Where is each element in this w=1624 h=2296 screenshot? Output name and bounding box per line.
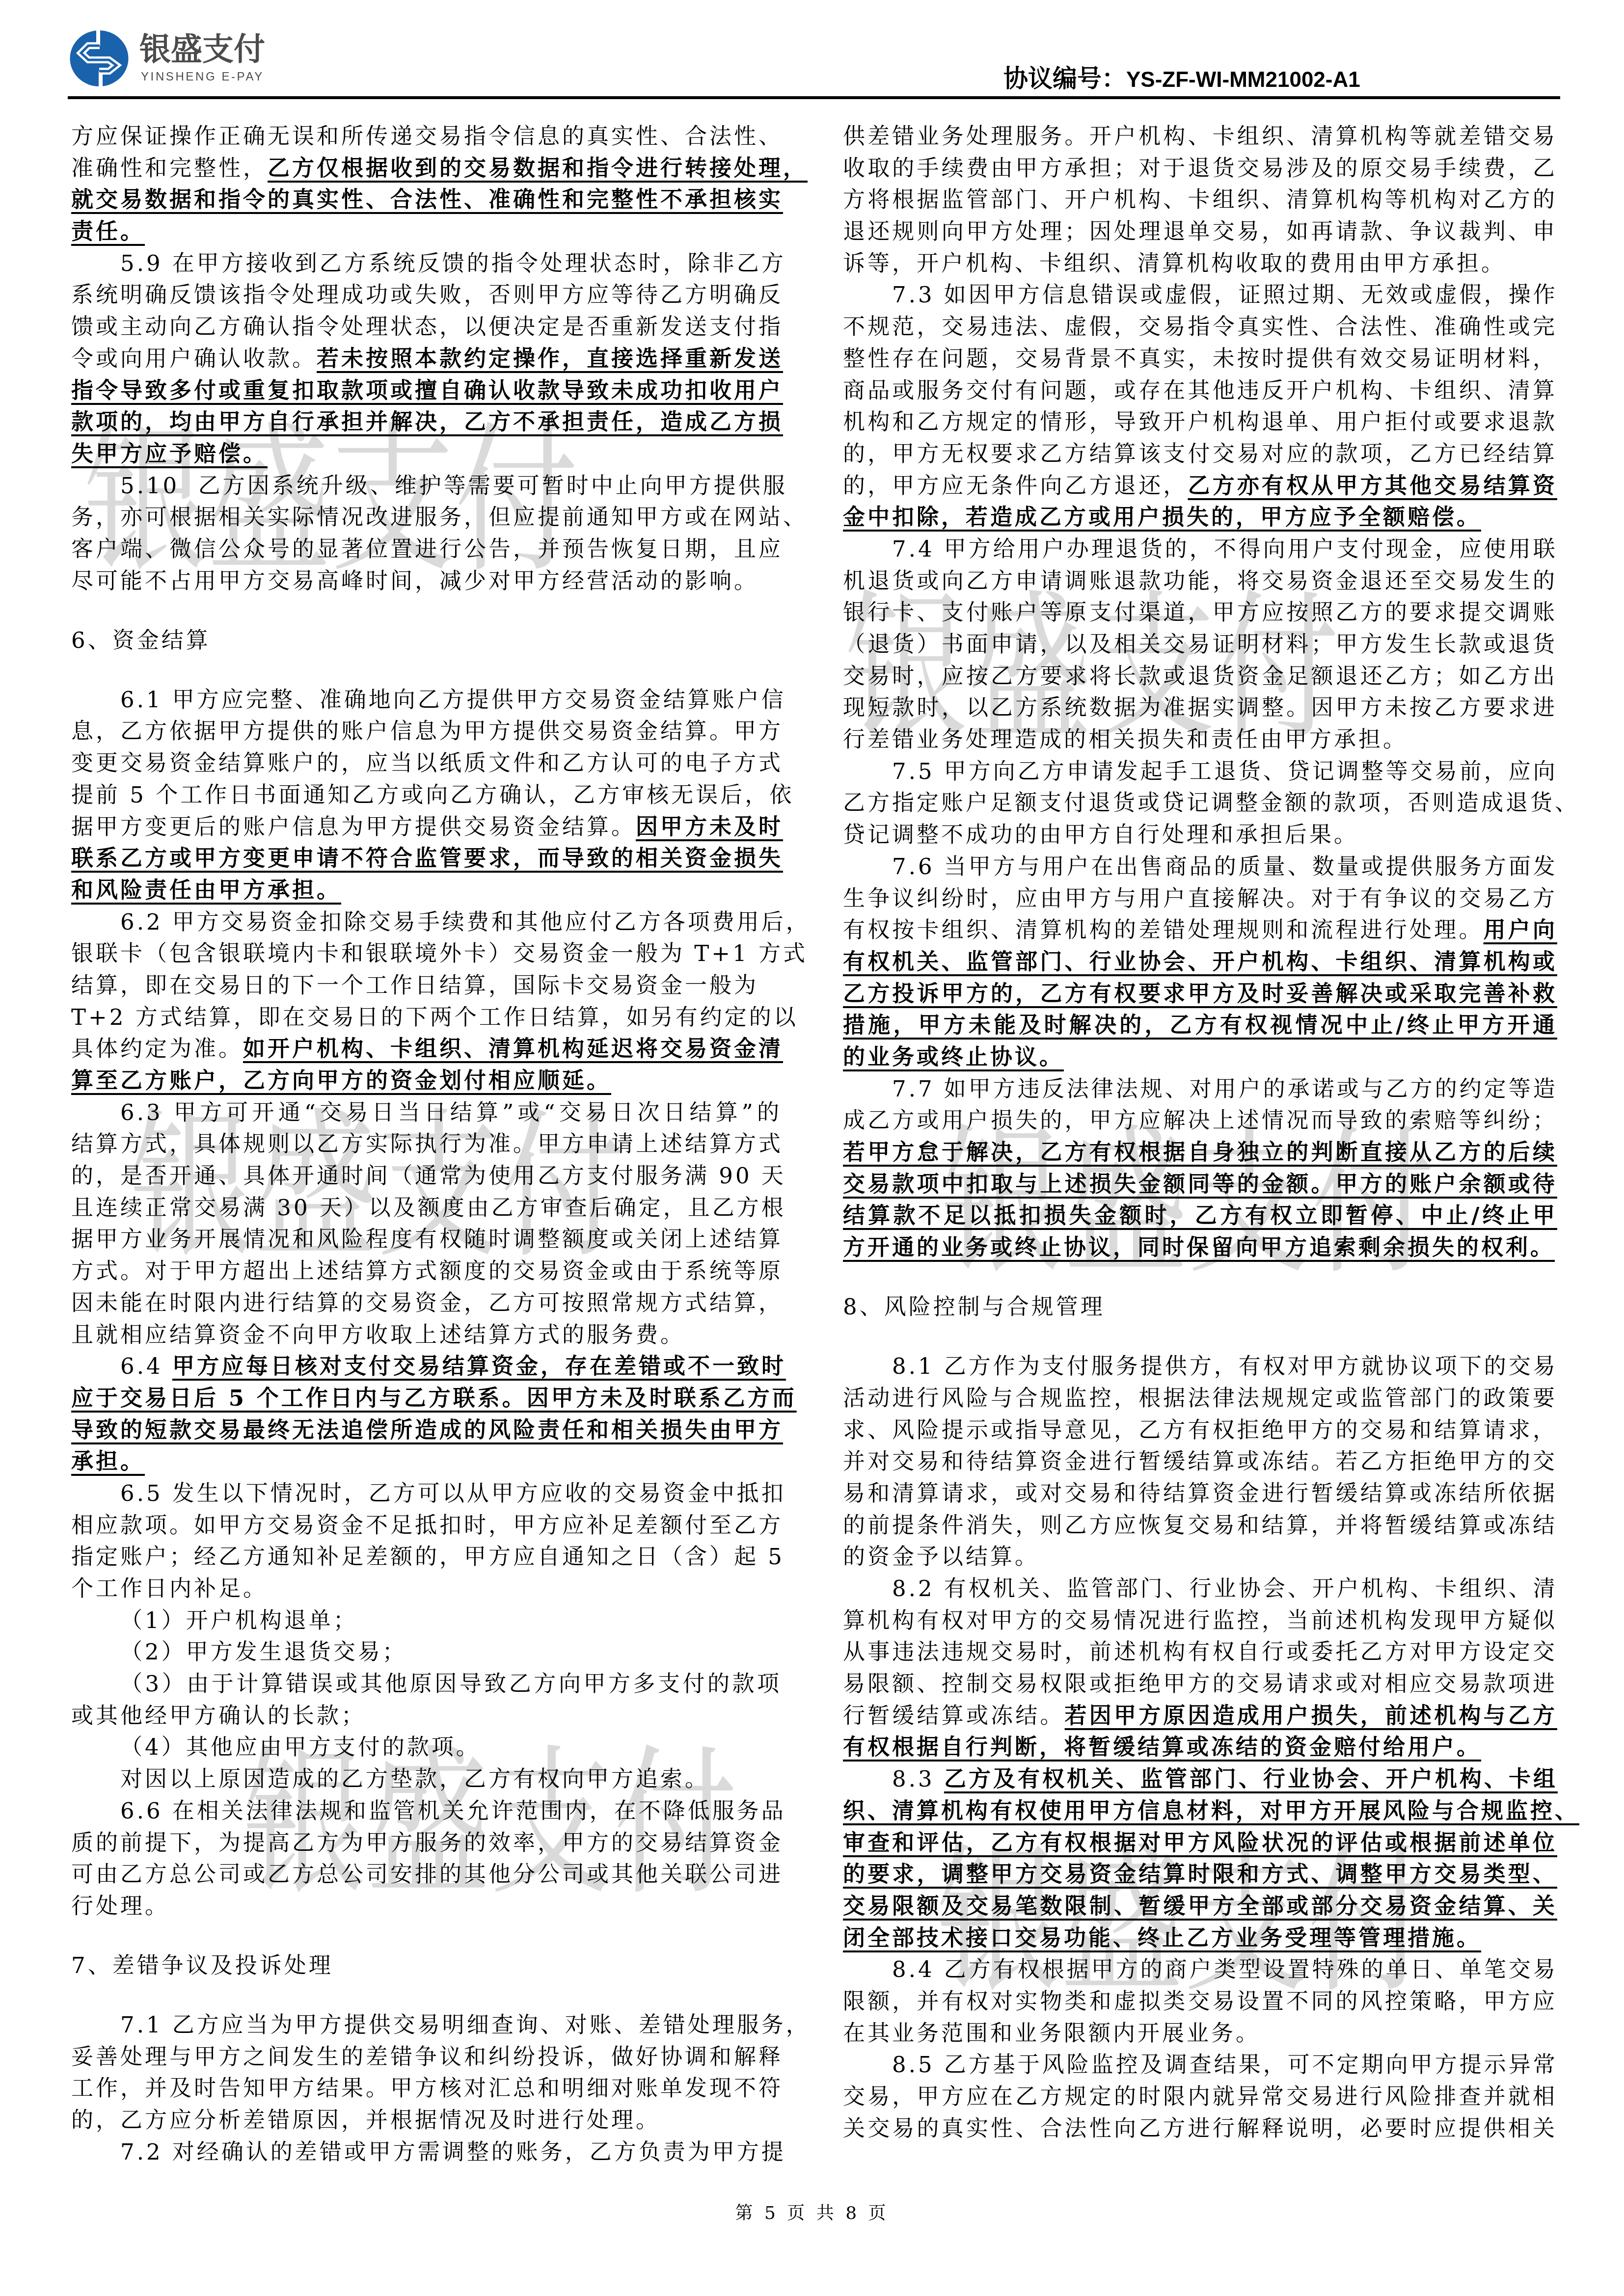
text-line: 责任。 [71,216,782,248]
text-line: 据甲方业务开展情况和风险程度有权随时调整额度或关闭上述结算 [71,1224,782,1255]
text-line: 交易款项中扣取与上述损失金额同等的金额。甲方的账户余额或待 [843,1169,1557,1201]
text-line: 承担。 [71,1446,782,1478]
text-line: 尽可能不占用甲方交易高峰时间，减少对甲方经营活动的影响。 [71,565,782,597]
continued-paragraph: 供差错业务处理服务。开户机构、卡组织、清算机构等就差错交易收取的手续费由甲方承担… [843,121,1557,279]
text-line: （退货）书面申请，以及相关交易证明材料；甲方发生长款或退货 [843,629,1557,661]
text-line: 乙方指定账户足额支付退货或贷记调整金额的款项，否则造成退货、 [843,787,1557,819]
body-text: 且就相应结算资金不向甲方收取上述结算方式的服务费。 [71,1322,685,1348]
emphasized-text: 联系乙方或甲方变更申请不符合监管要求，而导致的相关资金损失 [71,845,783,871]
clause-5-10: 5.10 乙方因系统升级、维护等需要可暂时中止向甲方提供服务，亦可根据相关实际情… [71,470,782,597]
text-line: 7.6 当甲方与用户在出售商品的质量、数量或提供服务方面发 [843,851,1557,883]
text-line: 5.9 在甲方接收到乙方系统反馈的指令处理状态时，除非乙方 [71,248,782,280]
body-text: 8.4 乙方有权根据甲方的商户类型设置特殊的单日、单笔交易 [892,1956,1558,1982]
clause-6-5-recourse: 对因以上原因造成的乙方垫款，乙方有权向甲方追索。 [71,1763,782,1795]
body-text: 整性存在问题，交易背景不真实，未按时提供有效交易证明材料， [843,346,1557,372]
body-text: 7.4 甲方给用户办理退货的，不得向用户支付现金，应使用联 [892,536,1558,562]
body-text: 据甲方变更后的账户信息为甲方提供交易资金结算。 [71,814,636,840]
text-line: 有权按卡组织、清算机构的差错处理规则和流程进行处理。用户向 [843,914,1557,946]
text-line: （2）甲方发生退货交易； [71,1636,782,1668]
clause-6-6: 6.6 在相关法律法规和监管机关允许范围内，在不降低服务品质的前提下，为提高乙方… [71,1795,782,1922]
text-line: 整性存在问题，交易背景不真实，未按时提供有效交易证明材料， [843,343,1557,375]
text-line: 金中扣除，若造成乙方或用户损失的，甲方应予全额赔偿。 [843,502,1557,534]
text-line: 5.10 乙方因系统升级、维护等需要可暂时中止向甲方提供服 [71,470,782,502]
clause-7-3: 7.3 如因甲方信息错误或虚假，证照过期、无效或虚假，操作不规范，交易违法、虚假… [843,279,1557,534]
body-text: 7.7 如甲方违反法律法规、对用户的承诺或与乙方的约定等造 [892,1076,1558,1102]
header-divider [68,96,1560,99]
clause-6-2: 6.2 甲方交易资金扣除交易手续费和其他应付乙方各项费用后，银联卡（包含银联境内… [71,907,782,1097]
body-text: 的，甲方应无条件向乙方退还， [843,473,1188,499]
emphasized-text: 和风险责任由甲方承担。 [71,877,341,903]
clause-6-5: 6.5 发生以下情况时，乙方可以从甲方应收的交易资金中抵扣相应款项。如甲方交易资… [71,1478,782,1605]
text-line: 在其业务范围和业务限额内开展业务。 [843,2018,1557,2050]
text-line: 对因以上原因造成的乙方垫款，乙方有权向甲方追索。 [71,1763,782,1795]
body-text: 工作，并及时告知甲方结果。甲方核对汇总和明细对账单发现不符 [71,2075,783,2101]
body-text: （退货）书面申请，以及相关交易证明材料；甲方发生长款或退货 [843,631,1557,657]
body-text: 不规范，交易违法、虚假，交易指令真实性、合法性、准确性或完 [843,314,1557,340]
body-text: 收取的手续费由甲方承担；对于退货交易涉及的原交易手续费，乙 [843,155,1557,181]
text-line: 6.4 甲方应每日核对支付交易结算资金，存在差错或不一致时 [71,1351,782,1383]
text-line: 因未能在时限内进行结算的交易资金，乙方可按照常规方式结算， [71,1287,782,1319]
emphasized-text: 应于交易日后 5 个工作日内与乙方联系。因甲方未及时联系乙方而 [71,1385,797,1411]
emphasized-text: 织、清算机构有权使用甲方信息材料，对甲方开展风险与合规监控、 [843,1798,1579,1824]
brand-name-en: YINSHENG E-PAY [141,71,264,83]
text-line: 和风险责任由甲方承担。 [71,875,782,907]
text-line: 6.5 发生以下情况时，乙方可以从甲方应收的交易资金中抵扣 [71,1478,782,1510]
emphasized-text: 如开户机构、卡组织、清算机构延迟将交易资金清 [243,1036,783,1062]
body-text: 7.5 甲方向乙方申请发起手工退货、贷记调整等交易前，应向 [892,758,1558,784]
emphasized-text: 审查和评估，乙方有权根据对甲方风险状况的评估或根据前述单位 [843,1830,1557,1856]
text-line: 方式。对于甲方超出上述结算方式额度的交易资金或由于系统等原 [71,1255,782,1287]
clause-6-5-1: （1）开户机构退单； [71,1605,782,1637]
body-text: 活动进行风险与合规监控，根据法律法规规定或监管部门的政策要 [843,1385,1557,1411]
emphasized-text: 交易款项中扣取与上述损失金额同等的金额。甲方的账户余额或待 [843,1171,1557,1197]
body-text: 6.1 甲方应完整、准确地向乙方提供甲方交易资金结算账户信 [120,687,786,713]
emphasized-text: 有权机关、监管部门、行业协会、开户机构、卡组织、清算机构或 [843,949,1557,975]
body-text: 准确性和完整性， [71,155,268,181]
body-text: 退还规则向甲方处理；因处理退单交易，如再请款、争议裁判、申 [843,218,1557,244]
text-line: 银联卡（包含银联境内卡和银联境外卡）交易资金一般为 T+1 方式 [71,938,782,970]
body-text: 8.5 乙方基于风险监控及调查结果，可不定期向甲方提示异常 [892,2052,1558,2078]
body-text: 6.2 甲方交易资金扣除交易手续费和其他应付乙方各项费用后， [120,909,811,935]
text-line: 且就相应结算资金不向甲方收取上述结算方式的服务费。 [71,1319,782,1351]
body-text: 银行卡、支付账户等原支付渠道，甲方应按照乙方的要求提交调账 [843,599,1557,625]
emphasized-text: 指令导致多付或重复扣取款项或擅自确认收款导致未成功扣收用户 [71,377,783,403]
text-line: 易限额、控制交易权限或拒绝甲方的交易请求或对相应交易款项进 [843,1668,1557,1700]
body-text: 易限额、控制交易权限或拒绝甲方的交易请求或对相应交易款项进 [843,1671,1557,1697]
emphasized-text: 方开通的业务或终止协议，同时保留向甲方追索剩余损失的权利。 [843,1234,1555,1260]
agreement-number-value: YS-ZF-WI-MM21002-A1 [1126,68,1360,92]
text-line: 有权机关、监管部门、行业协会、开户机构、卡组织、清算机构或 [843,946,1557,978]
clause-6-5-2: （2）甲方发生退货交易； [71,1636,782,1668]
body-text: 的，甲方无权要求乙方结算该支付交易对应的款项，乙方已经结算 [843,441,1557,467]
body-text: 6.3 甲方可开通“交易日当日结算”或“交易日次日结算”的 [120,1099,782,1125]
body-text: 7.1 乙方应当为甲方提供交易明细查询、对账、差错处理服务， [120,2012,811,2038]
text-line: 并对交易和待结算资金进行暂缓结算或冻结。若乙方拒绝甲方的交 [843,1446,1557,1478]
text-line: 6.2 甲方交易资金扣除交易手续费和其他应付乙方各项费用后， [71,907,782,938]
text-line: 6.3 甲方可开通“交易日当日结算”或“交易日次日结算”的 [71,1097,782,1129]
text-line: 行差错业务处理造成的相关损失和责任由甲方承担。 [843,724,1557,756]
body-text: 息，乙方依据甲方提供的账户信息为甲方提供交易资金结算。甲方 [71,718,783,744]
body-text: 求、风险提示或指导意见，乙方有权拒绝甲方的交易和结算请求， [843,1417,1557,1443]
body-text: 因未能在时限内进行结算的交易资金，乙方可按照常规方式结算， [71,1290,783,1316]
body-text: 限额，并有权对实物类和虚拟类交易设置不同的风控策略，甲方应 [843,1988,1557,2014]
emphasized-text: 用户向 [1484,917,1557,943]
body-text: 供差错业务处理服务。开户机构、卡组织、清算机构等就差错交易 [843,123,1557,149]
text-line: 质的前提下，为提高乙方为甲方服务的效率，甲方的交易结算资金 [71,1827,782,1859]
text-line: 闭全部技术接口交易功能、终止乙方业务受理等管理措施。 [843,1922,1557,1954]
body-text: 银联卡（包含银联境内卡和银联境外卡）交易资金一般为 T+1 方式 [71,940,808,966]
body-text: 关交易的真实性、合法性向乙方进行解释说明，必要时应提供相关 [843,2115,1557,2141]
emphasized-text: 算至乙方账户，乙方向甲方的资金划付相应顺延。 [71,1068,611,1094]
text-line: 算至乙方账户，乙方向甲方的资金划付相应顺延。 [71,1065,782,1097]
text-line: 7.4 甲方给用户办理退货的，不得向用户支付现金，应使用联 [843,534,1557,565]
text-line: 贷记调整不成功的由甲方自行处理和承担后果。 [843,819,1557,851]
text-line: 变更交易资金结算账户的，应当以纸质文件和乙方认可的电子方式 [71,748,782,779]
section-heading: 7、差错争议及投诉处理 [71,1950,782,1982]
text-line: 措施，甲方未能及时解决的，乙方有权视情况中止/终止甲方开通 [843,1010,1557,1041]
clause-7-7: 7.7 如甲方违反法律法规、对用户的承诺或与乙方的约定等造成乙方或用户损失的，甲… [843,1073,1557,1264]
text-line: 令或向用户确认收款。若未按照本款约定操作，直接选择重新发送 [71,343,782,375]
text-line: T+2 方式结算，即在交易日的下两个工作日结算，如另有约定的以 [71,1002,782,1034]
text-line: 馈或主动向乙方确认指令处理状态，以便决定是否重新发送支付指 [71,311,782,343]
clause-8-1: 8.1 乙方作为支付服务提供方，有权对甲方就协议项下的交易活动进行风险与合规监控… [843,1351,1557,1573]
body-text: （3）由于计算错误或其他原因导致乙方向甲方多支付的款项 [120,1671,782,1697]
text-line: （1）开户机构退单； [71,1605,782,1637]
clause-6-5-4: （4）其他应由甲方支付的款项。 [71,1732,782,1763]
body-text: 尽可能不占用甲方交易高峰时间，减少对甲方经营活动的影响。 [71,568,758,594]
text-line: 收取的手续费由甲方承担；对于退货交易涉及的原交易手续费，乙 [843,153,1557,185]
body-text: 有权按卡组织、清算机构的差错处理规则和流程进行处理。 [843,917,1484,943]
emphasized-text: 乙方亦有权从甲方其他交易结算资 [1188,473,1558,499]
body-text: 行处理。 [71,1893,169,1919]
text-line: 6.6 在相关法律法规和监管机关允许范围内，在不降低服务品 [71,1795,782,1827]
body-text: 交易，甲方应在乙方规定的时限内就异常交易进行风险排查并就相 [843,2083,1557,2109]
document-page: 银盛支付 YINSHENG E-PAY 协议编号：YS-ZF-WI-MM2100… [0,0,1624,2296]
body-text: 在其业务范围和业务限额内开展业务。 [843,2020,1260,2046]
emphasized-text: 闭全部技术接口交易功能、终止乙方业务受理等管理措施。 [843,1925,1481,1951]
emphasized-text: 若未按照本款约定操作，直接选择重新发送 [317,346,783,372]
body-text: 现短款时，以乙方系统数据为准据实调整。因甲方未按乙方要求进 [843,694,1557,721]
text-line: 供差错业务处理服务。开户机构、卡组织、清算机构等就差错交易 [843,121,1557,153]
body-text: 系统明确反馈该指令处理成功或失败，否则甲方应等待乙方明确反 [71,282,783,308]
body-text: 5.9 在甲方接收到乙方系统反馈的指令处理状态时，除非乙方 [120,250,786,276]
body-text: 方式。对于甲方超出上述结算方式额度的交易资金或由于系统等原 [71,1258,783,1284]
text-line: 的，甲方无权要求乙方结算该支付交易对应的款项，乙方已经结算 [843,438,1557,470]
text-line: 行暂缓结算或冻结。若因甲方原因造成用户损失，前述机构与乙方 [843,1700,1557,1732]
clause-8-5: 8.5 乙方基于风险监控及调查结果，可不定期向甲方提示异常交易，甲方应在乙方规定… [843,2049,1557,2144]
body-text: 生争议纠纷时，应由甲方与用户直接解决。对于有争议的交易乙方 [843,885,1557,911]
body-text: 提前 5 个工作日书面通知乙方或向乙方确认，乙方审核无误后，依 [71,782,794,808]
text-line: 的要求，调整甲方交易资金结算时限和方式、调整甲方交易类型、 [843,1859,1557,1891]
body-text: 结算，即在交易日的下一个工作日结算，国际卡交易资金一般为 [71,972,758,998]
body-text: 8.3 [892,1766,944,1792]
body-text: 务，亦可根据相关实际情况改进服务，但应提前通知甲方或在网站、 [71,504,808,530]
text-line: 失甲方应予赔偿。 [71,438,782,470]
text-line: 关交易的真实性、合法性向乙方进行解释说明，必要时应提供相关 [843,2113,1557,2145]
body-text: 客户端、微信公众号的显著位置进行公告，并预告恢复日期，且应 [71,536,783,562]
emphasized-text: 交易限额及交易笔数限制、暂缓甲方全部或部分交易资金结算、关 [843,1893,1557,1919]
text-line: 生争议纠纷时，应由甲方与用户直接解决。对于有争议的交易乙方 [843,883,1557,915]
text-line: 8.5 乙方基于风险监控及调查结果，可不定期向甲方提示异常 [843,2049,1557,2081]
text-line: 6.1 甲方应完整、准确地向乙方提供甲方交易资金结算账户信 [71,684,782,716]
text-line: 方开通的业务或终止协议，同时保留向甲方追索剩余损失的权利。 [843,1232,1557,1264]
emphasized-text: 的业务或终止协议。 [843,1044,1064,1070]
emphasized-text: 金中扣除，若造成乙方或用户损失的，甲方应予全额赔偿。 [843,504,1481,530]
agreement-number: 协议编号：YS-ZF-WI-MM21002-A1 [1003,63,1360,94]
text-line: 个工作日内补足。 [71,1573,782,1605]
text-line: 7.1 乙方应当为甲方提供交易明细查询、对账、差错处理服务， [71,2009,782,2041]
clause-7-5: 7.5 甲方向乙方申请发起手工退货、贷记调整等交易前，应向乙方指定账户足额支付退… [843,756,1557,851]
emphasized-text: 就交易数据和指令的真实性、合法性、准确性和完整性不承担核实 [71,187,783,213]
emphasized-text: 结算款不足以抵扣损失金额时，乙方有权立即暂停、中止/终止甲 [843,1202,1557,1228]
text-line: 提前 5 个工作日书面通知乙方或向乙方确认，乙方审核无误后，依 [71,779,782,811]
text-line: 8.2 有权机关、监管部门、行业协会、开户机构、卡组织、清 [843,1573,1557,1605]
text-line: 求、风险提示或指导意见，乙方有权拒绝甲方的交易和结算请求， [843,1415,1557,1446]
emphasized-text: 甲方应每日核对支付交易结算资金，存在差错或不一致时 [172,1353,786,1379]
right-column: 供差错业务处理服务。开户机构、卡组织、清算机构等就差错交易收取的手续费由甲方承担… [843,121,1557,2144]
text-line: 的业务或终止协议。 [843,1041,1557,1073]
continued-paragraph: 方应保证操作正确无误和所传递交易指令信息的真实性、合法性、准确性和完整性，乙方仅… [71,121,782,248]
body-text: 的资金予以结算。 [843,1544,1039,1570]
body-text: 令或向用户确认收款。 [71,346,317,372]
text-line: 准确性和完整性，乙方仅根据收到的交易数据和指令进行转接处理， [71,153,782,185]
body-text: 8.1 乙方作为支付服务提供方，有权对甲方就协议项下的交易 [892,1353,1558,1379]
text-line: （4）其他应由甲方支付的款项。 [71,1732,782,1763]
text-line: 若甲方怠于解决，乙方有权根据自身独立的判断直接从乙方的后续 [843,1137,1557,1169]
clause-7-1: 7.1 乙方应当为甲方提供交易明细查询、对账、差错处理服务，妥善处理与甲方之间发… [71,2009,782,2136]
text-line: 活动进行风险与合规监控，根据法律法规规定或监管部门的政策要 [843,1383,1557,1415]
text-line: 织、清算机构有权使用甲方信息材料，对甲方开展风险与合规监控、 [843,1795,1557,1827]
page-number: 第 5 页 共 8 页 [0,2203,1624,2224]
clause-6-3: 6.3 甲方可开通“交易日当日结算”或“交易日次日结算”的结算方式，具体规则以乙… [71,1097,782,1351]
emphasized-text: 因甲方未及时 [636,814,783,840]
body-text: T+2 方式结算，即在交易日的下两个工作日结算，如另有约定的以 [71,1004,798,1030]
text-line: 方应保证操作正确无误和所传递交易指令信息的真实性、合法性、 [71,121,782,153]
body-text: 成乙方或用户损失的，甲方应解决上述情况而导致的索赔等纠纷； [843,1107,1557,1133]
text-line: 交易，甲方应在乙方规定的时限内就异常交易进行风险排查并就相 [843,2081,1557,2113]
body-text: 结算方式，具体规则以乙方实际执行为准。甲方申请上述结算方式 [71,1131,783,1157]
section-heading: 8、风险控制与合规管理 [843,1291,1557,1323]
text-line: 就交易数据和指令的真实性、合法性、准确性和完整性不承担核实 [71,184,782,216]
body-text: 算机构有权对甲方的交易情况进行监控，当前述机构发现甲方疑似 [843,1607,1557,1633]
text-line: 指令导致多付或重复扣取款项或擅自确认收款导致未成功扣收用户 [71,375,782,407]
text-line: 结算，即在交易日的下一个工作日结算，国际卡交易资金一般为 [71,970,782,1002]
text-line: 结算方式，具体规则以乙方实际执行为准。甲方申请上述结算方式 [71,1128,782,1160]
body-text: 具体约定为准。 [71,1036,243,1062]
text-line: 诉等，开户机构、卡组织、清算机构收取的费用由甲方承担。 [843,248,1557,280]
body-text: 机退货或向乙方申请调账退款功能，将交易资金退还至交易发生的 [843,568,1557,594]
body-text: 交易时，应按乙方要求将长款或退货资金足额退还乙方；如乙方出 [843,663,1557,689]
body-text: （1）开户机构退单； [120,1607,358,1633]
text-line: 具体约定为准。如开户机构、卡组织、清算机构延迟将交易资金清 [71,1033,782,1065]
text-line: 的，乙方应分析差错原因，并根据情况及时进行处理。 [71,2105,782,2136]
body-text: 相应款项。如甲方交易资金不足抵扣时，甲方应补足差额付至乙方 [71,1512,783,1538]
body-text: （4）其他应由甲方支付的款项。 [120,1734,481,1760]
text-line: 务，亦可根据相关实际情况改进服务，但应提前通知甲方或在网站、 [71,502,782,534]
text-line: 算机构有权对甲方的交易情况进行监控，当前述机构发现甲方疑似 [843,1605,1557,1637]
text-line: 的，甲方应无条件向乙方退还，乙方亦有权从甲方其他交易结算资 [843,470,1557,502]
body-text: （2）甲方发生退货交易； [120,1639,407,1665]
body-text: 并对交易和待结算资金进行暂缓结算或冻结。若乙方拒绝甲方的交 [843,1448,1557,1474]
emphasized-text: 导致的短款交易最终无法追偿所造成的风险责任和相关损失由甲方 [71,1417,783,1443]
text-line: 工作，并及时告知甲方结果。甲方核对汇总和明细对账单发现不符 [71,2073,782,2105]
body-text: 商品或服务交付有问题，或存在其他违反开户机构、卡组织、清算 [843,377,1557,403]
emphasized-text: 款项的，均由甲方自行承担并解决，乙方不承担责任，造成乙方损 [71,409,783,435]
text-line: 7.2 对经确认的差错或甲方需调整的账务，乙方负责为甲方提 [71,2136,782,2168]
text-line: 7.7 如甲方违反法律法规、对用户的承诺或与乙方的约定等造 [843,1073,1557,1105]
emphasized-text: 有权根据自行判断，将暂缓结算或冻结的资金赔付给用户。 [843,1734,1481,1760]
text-line: 结算款不足以抵扣损失金额时，乙方有权立即暂停、中止/终止甲 [843,1200,1557,1232]
text-line: 有权根据自行判断，将暂缓结算或冻结的资金赔付给用户。 [843,1732,1557,1763]
body-text: 的，乙方应分析差错原因，并根据情况及时进行处理。 [71,2107,660,2133]
clause-6-4: 6.4 甲方应每日核对支付交易结算资金，存在差错或不一致时应于交易日后 5 个工… [71,1351,782,1478]
body-text: 7.3 如因甲方信息错误或虚假，证照过期、无效或虚假，操作 [892,282,1558,308]
clause-7-4: 7.4 甲方给用户办理退货的，不得向用户支付现金，应使用联机退货或向乙方申请调账… [843,534,1557,756]
body-text: 的前提条件消失，则乙方应恢复交易和结算，并将暂缓结算或冻结 [843,1512,1557,1538]
text-line: 方将根据监管部门、开户机构、卡组织、清算机构等机构对乙方的 [843,184,1557,216]
emphasized-text: 乙方投诉甲方的，乙方有权要求甲方及时妥善解决或采取完善补救 [843,981,1557,1007]
emphasized-text: 若甲方怠于解决，乙方有权根据自身独立的判断直接从乙方的后续 [843,1139,1557,1165]
text-line: 款项的，均由甲方自行承担并解决，乙方不承担责任，造成乙方损 [71,406,782,438]
body-text: 且连续正常交易满 30 天）以及额度由乙方审查后确定，且乙方根 [71,1195,786,1221]
body-text: 6.4 [120,1353,172,1379]
text-line: 8.4 乙方有权根据甲方的商户类型设置特殊的单日、单笔交易 [843,1954,1557,1986]
clause-8-3: 8.3 乙方及有权机关、监管部门、行业协会、开户机构、卡组织、清算机构有权使用甲… [843,1763,1557,1954]
text-line: 8.3 乙方及有权机关、监管部门、行业协会、开户机构、卡组 [843,1763,1557,1795]
body-text: 个工作日内补足。 [71,1575,268,1602]
clause-5-9: 5.9 在甲方接收到乙方系统反馈的指令处理状态时，除非乙方系统明确反馈该指令处理… [71,248,782,470]
text-line: 息，乙方依据甲方提供的账户信息为甲方提供交易资金结算。甲方 [71,716,782,748]
text-line: 应于交易日后 5 个工作日内与乙方联系。因甲方未及时联系乙方而 [71,1383,782,1415]
yinsheng-logo-icon [69,28,130,89]
clause-6-5-3: （3）由于计算错误或其他原因导致乙方向甲方多支付的款项或其他经甲方确认的长款； [71,1668,782,1732]
text-line: （3）由于计算错误或其他原因导致乙方向甲方多支付的款项 [71,1668,782,1700]
clause-7-2: 7.2 对经确认的差错或甲方需调整的账务，乙方负责为甲方提 [71,2136,782,2168]
text-line: 从事违法违规交易时，前述机构有权自行或委托乙方对甲方设定交 [843,1636,1557,1668]
text-line: 的前提条件消失，则乙方应恢复交易和结算，并将暂缓结算或冻结 [843,1510,1557,1542]
body-text: 乙方指定账户足额支付退货或贷记调整金额的款项，否则造成退货、 [843,790,1579,816]
body-text: 妥善处理与甲方之间发生的差错争议和纠纷投诉，做好协调和解释 [71,2044,783,2070]
emphasized-text: 责任。 [71,218,145,244]
body-text: 易和清算请求，或对交易和待结算资金进行暂缓结算或冻结所依据 [843,1480,1557,1506]
body-text: 7.6 当甲方与用户在出售商品的质量、数量或提供服务方面发 [892,854,1558,880]
agreement-number-label: 协议编号： [1003,64,1126,93]
text-line: 限额，并有权对实物类和虚拟类交易设置不同的风控策略，甲方应 [843,1986,1557,2018]
body-text: 方应保证操作正确无误和所传递交易指令信息的真实性、合法性、 [71,123,783,149]
text-line: 成乙方或用户损失的，甲方应解决上述情况而导致的索赔等纠纷； [843,1105,1557,1137]
text-line: 7.3 如因甲方信息错误或虚假，证照过期、无效或虚假，操作 [843,279,1557,311]
brand-name-cn: 银盛支付 [139,31,265,68]
body-text: 5.10 乙方因系统升级、维护等需要可暂时中止向甲方提供服 [120,473,787,499]
text-line: 交易时，应按乙方要求将长款或退货资金足额退还乙方；如乙方出 [843,661,1557,693]
text-line: 8.1 乙方作为支付服务提供方，有权对甲方就协议项下的交易 [843,1351,1557,1383]
clause-6-1: 6.1 甲方应完整、准确地向乙方提供甲方交易资金结算账户信息，乙方依据甲方提供的… [71,684,782,907]
text-line: 且连续正常交易满 30 天）以及额度由乙方审查后确定，且乙方根 [71,1192,782,1224]
body-text: 行差错业务处理造成的相关损失和责任由甲方承担。 [843,726,1407,752]
body-text: 的，是否开通、具体开通时间（通常为使用乙方支付服务满 90 天 [71,1163,786,1189]
body-text: 质的前提下，为提高乙方为甲方服务的效率，甲方的交易结算资金 [71,1830,783,1856]
text-line: 机退货或向乙方申请调账退款功能，将交易资金退还至交易发生的 [843,565,1557,597]
text-line: 指定账户；经乙方通知补足差额的，甲方应自通知之日（含）起 5 [71,1541,782,1573]
body-text: 7.2 对经确认的差错或甲方需调整的账务，乙方负责为甲方提 [120,2139,786,2165]
body-text: 6.6 在相关法律法规和监管机关允许范围内，在不降低服务品 [120,1798,786,1824]
emphasized-text: 失甲方应予赔偿。 [71,441,268,467]
body-text: 方将根据监管部门、开户机构、卡组织、清算机构等机构对乙方的 [843,187,1557,213]
text-line: 导致的短款交易最终无法追偿所造成的风险责任和相关损失由甲方 [71,1415,782,1446]
emphasized-text: 承担。 [71,1448,145,1474]
text-line: 系统明确反馈该指令处理成功或失败，否则甲方应等待乙方明确反 [71,279,782,311]
emphasized-text: 乙方仅根据收到的交易数据和指令进行转接处理， [268,155,808,181]
body-text: 可由乙方总公司或乙方总公司安排的其他分公司或其他关联公司进 [71,1861,783,1887]
text-line: 的，是否开通、具体开通时间（通常为使用乙方支付服务满 90 天 [71,1160,782,1192]
emphasized-text: 若因甲方原因造成用户损失，前述机构与乙方 [1065,1703,1557,1729]
text-line: 银行卡、支付账户等原支付渠道，甲方应按照乙方的要求提交调账 [843,597,1557,629]
body-text: 行暂缓结算或冻结。 [843,1703,1065,1729]
text-line: 可由乙方总公司或乙方总公司安排的其他分公司或其他关联公司进 [71,1859,782,1891]
body-text: 诉等，开户机构、卡组织、清算机构收取的费用由甲方承担。 [843,250,1506,276]
body-text: 8.2 有权机关、监管部门、行业协会、开户机构、卡组织、清 [892,1575,1558,1602]
text-line: 现短款时，以乙方系统数据为准据实调整。因甲方未按乙方要求进 [843,692,1557,724]
text-line: 机构和乙方规定的情形，导致开户机构退单、用户拒付或要求退款 [843,406,1557,438]
text-line: 的资金予以结算。 [843,1541,1557,1573]
text-line: 退还规则向甲方处理；因处理退单交易，如再请款、争议裁判、申 [843,216,1557,248]
text-line: 7.5 甲方向乙方申请发起手工退货、贷记调整等交易前，应向 [843,756,1557,788]
text-line: 商品或服务交付有问题，或存在其他违反开户机构、卡组织、清算 [843,375,1557,407]
text-line: 行处理。 [71,1891,782,1922]
emphasized-text: 的要求，调整甲方交易资金结算时限和方式、调整甲方交易类型、 [843,1861,1557,1887]
text-line: 相应款项。如甲方交易资金不足抵扣时，甲方应补足差额付至乙方 [71,1510,782,1542]
text-line: 审查和评估，乙方有权根据对甲方风险状况的评估或根据前述单位 [843,1827,1557,1859]
clause-8-4: 8.4 乙方有权根据甲方的商户类型设置特殊的单日、单笔交易限额，并有权对实物类和… [843,1954,1557,2049]
emphasized-text: 乙方及有权机关、监管部门、行业协会、开户机构、卡组 [944,1766,1558,1792]
text-line: 据甲方变更后的账户信息为甲方提供交易资金结算。因甲方未及时 [71,811,782,843]
body-text: 或其他经甲方确认的长款； [71,1703,366,1729]
body-text: 指定账户；经乙方通知补足差额的，甲方应自通知之日（含）起 5 [71,1544,785,1570]
body-text: 从事违法违规交易时，前述机构有权自行或委托乙方对甲方设定交 [843,1639,1557,1665]
text-line: 交易限额及交易笔数限制、暂缓甲方全部或部分交易资金结算、关 [843,1891,1557,1922]
body-text: 对因以上原因造成的乙方垫款，乙方有权向甲方追索。 [120,1766,709,1792]
left-column: 方应保证操作正确无误和所传递交易指令信息的真实性、合法性、准确性和完整性，乙方仅… [71,121,782,2168]
text-line: 不规范，交易违法、虚假，交易指令真实性、合法性、准确性或完 [843,311,1557,343]
text-line: 或其他经甲方确认的长款； [71,1700,782,1732]
body-text: 据甲方业务开展情况和风险程度有权随时调整额度或关闭上述结算 [71,1226,783,1252]
text-line: 客户端、微信公众号的显著位置进行公告，并预告恢复日期，且应 [71,534,782,565]
section-heading: 6、资金结算 [71,625,782,657]
text-line: 乙方投诉甲方的，乙方有权要求甲方及时妥善解决或采取完善补救 [843,978,1557,1010]
body-text: 馈或主动向乙方确认指令处理状态，以便决定是否重新发送支付指 [71,314,783,340]
emphasized-text: 措施，甲方未能及时解决的，乙方有权视情况中止/终止甲方开通 [843,1012,1557,1038]
text-line: 易和清算请求，或对交易和待结算资金进行暂缓结算或冻结所依据 [843,1478,1557,1510]
clause-8-2: 8.2 有权机关、监管部门、行业协会、开户机构、卡组织、清算机构有权对甲方的交易… [843,1573,1557,1763]
body-text: 变更交易资金结算账户的，应当以纸质文件和乙方认可的电子方式 [71,750,783,776]
text-line: 联系乙方或甲方变更申请不符合监管要求，而导致的相关资金损失 [71,843,782,875]
body-text: 机构和乙方规定的情形，导致开户机构退单、用户拒付或要求退款 [843,409,1557,435]
body-text: 6.5 发生以下情况时，乙方可以从甲方应收的交易资金中抵扣 [120,1480,786,1506]
clause-7-6: 7.6 当甲方与用户在出售商品的质量、数量或提供服务方面发生争议纠纷时，应由甲方… [843,851,1557,1073]
text-line: 妥善处理与甲方之间发生的差错争议和纠纷投诉，做好协调和解释 [71,2041,782,2073]
body-text: 贷记调整不成功的由甲方自行处理和承担后果。 [843,822,1358,848]
